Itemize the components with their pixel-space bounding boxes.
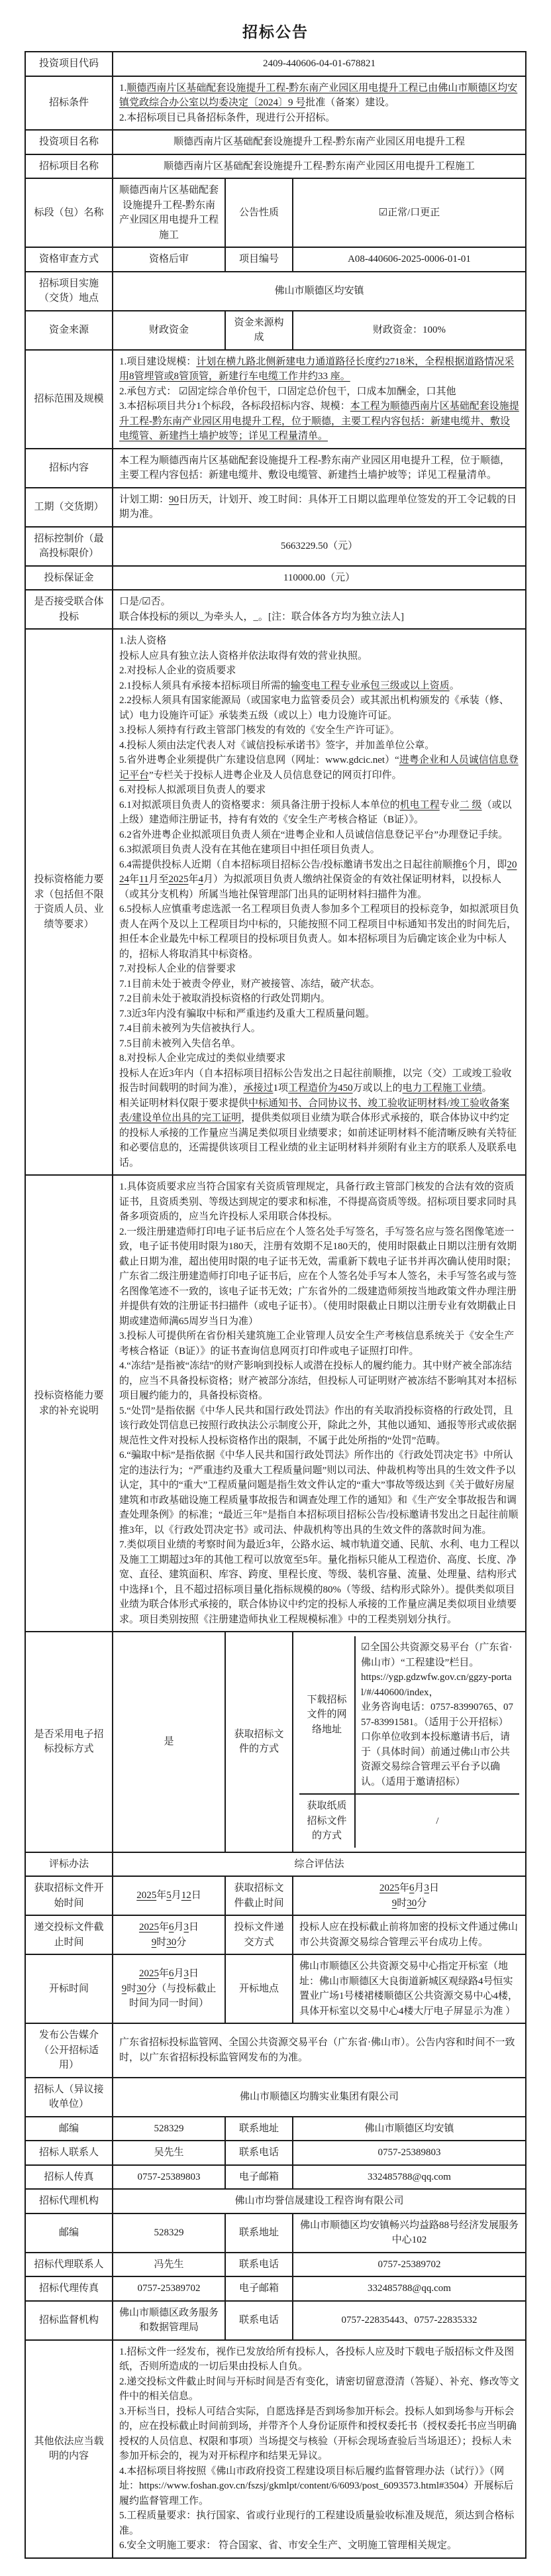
project-number-label: 项目编号: [225, 247, 293, 272]
paper-doc-label: 获取纸质招标文件的方式: [299, 1794, 355, 1848]
announcement-table: 投资项目代码 2409-440606-04-01-678821 招标条件 1.顺…: [25, 51, 526, 2559]
tenderer-fax-value: 0757-25389803: [113, 2165, 225, 2190]
doc-obtain-method-cell: 下载招标文件的网络地址 ☑全国公共资源交易平台（广东省·佛山市）“工程建设”栏目…: [293, 1632, 526, 1852]
paragraph: 6.1对拟派项目负责人的资格要求：须具备注册于投标人本单位的机电工程专业二 级（…: [119, 798, 519, 828]
paragraph: 口是/☑否。: [119, 594, 519, 610]
paragraph: 2.一级注册建造师打印电子证书后应在个人签名处手写签名，手写签名应与签名图像笔迹…: [119, 1225, 519, 1329]
bid-conditions-value: 1.顺德西南片区基础配套设施提升工程-黔东南产业园区用电提升工程已由佛山市顺德区…: [113, 76, 526, 131]
row-tenderer: 招标人（异议接收单位） 佛山市顺德区均腾实业集团有限公司: [25, 2078, 526, 2117]
row-bid-conditions: 招标条件 1.顺德西南片区基础配套设施提升工程-黔东南产业园区用电提升工程已由佛…: [25, 76, 526, 131]
row-qualification-review: 资格审查方式 资格后审 项目编号 A08-440606-2025-0006-01…: [25, 247, 526, 272]
paragraph: 4.“冻结”是指被“冻结”的财产影响到投标人或潜在投标人的履约能力。其中财产被全…: [119, 1359, 519, 1404]
row-bid-bond: 投标保证金 110000.00（元）: [25, 566, 526, 590]
qualification-supplement-label: 投标资格能力要求的补充说明: [25, 1175, 113, 1632]
paragraph: ☑全国公共资源交易平台（广东省·佛山市）“工程建设”栏目。: [361, 1640, 514, 1670]
paragraph: 8.对投标人企业完成过的类似业绩要求: [119, 1051, 519, 1066]
tenderer-label: 招标人（异议接收单位）: [25, 2078, 113, 2117]
submission-deadline-value: 2025年6月3日9时30分: [113, 1915, 225, 1954]
row-scope: 招标范围及规模 1.项目建设规模：计划在横九路北侧新建电力通道路径长度约2718…: [25, 350, 526, 449]
evaluation-value: 综合评估法: [113, 1852, 526, 1877]
opening-time-value: 2025年6月3日9时30分（与投标截止时间为同一时间）: [113, 1954, 225, 2023]
paragraph: 2025年5月12日: [119, 1888, 219, 1903]
opening-place-value: 佛山市顺德区公共资源交易中心指定开标室（地址：佛山市顺德区大良街道新城区观绿路4…: [293, 1954, 526, 2023]
notice-nature-label: 公告性质: [225, 178, 293, 247]
row-opening: 开标时间 2025年6月3日9时30分（与投标截止时间为同一时间） 开标地点 佛…: [25, 1954, 526, 2023]
paragraph: 9时30分: [299, 1896, 519, 1911]
tenderer-address-label: 联系地址: [225, 2117, 293, 2141]
row-investment-code: 投资项目代码 2409-440606-04-01-678821: [25, 52, 526, 76]
qualification-review-value: 资格后审: [113, 247, 225, 272]
row-submission: 递交投标文件截止时间 2025年6月3日9时30分 投标文件递交方式 投标人应在…: [25, 1915, 526, 1954]
row-tenderer-contact: 招标人联系人 吴先生 联系电话 0757-25389803: [25, 2141, 526, 2165]
section-name-label: 标段（包）名称: [25, 178, 113, 247]
paragraph: 2.2投标人须具有国家能源局（或国家电力监管委员会）或其派出机构颁发的《承装（修…: [119, 693, 519, 723]
paragraph: 7.类似项目业绩的考察时间为最近3年，公路水运、城市轨道交通、民航、水利、电力工…: [119, 1538, 519, 1627]
qualification-req-label: 投标资格能力要求（包括但不限于资质人员、业绩等要求）: [25, 629, 113, 1175]
duration-value: 计划工期：90日历天，计划开、竣工时间：具体开工日期以监理单位签发的开工令记载的…: [113, 488, 526, 527]
submission-deadline-label: 递交投标文件截止时间: [25, 1915, 113, 1954]
paragraph: 2.本招标项目已具备招标条件，现进行公开招标。: [119, 111, 519, 126]
tender-name-label: 招标项目名称: [25, 154, 113, 179]
paragraph: 4.本招标项目将按照《佛山市政府投资工程建设项目标后履约监督管理办法（试行）》（…: [119, 2464, 519, 2509]
scope-label: 招标范围及规模: [25, 350, 113, 449]
bid-conditions-label: 招标条件: [25, 76, 113, 131]
agency-label: 招标代理机构: [25, 2189, 113, 2213]
paragraph: 2025年6月3日: [299, 1881, 519, 1896]
tenderer-contact-value: 吴先生: [113, 2141, 225, 2165]
paragraph: 2.1投标人须具有承接本招标项目所需的输变电工程专业承包三级或以上资质。: [119, 679, 519, 694]
paragraph: 9时30分: [119, 1935, 219, 1950]
tenderer-contact-label: 招标人联系人: [25, 2141, 113, 2165]
agency-phone-value: 0757-25389702: [293, 2253, 526, 2277]
qualification-supplement-value: 1.具体资质要求应当符合国家有关资质管理规定，具备行政主管部门核发的合法有效的资…: [113, 1175, 526, 1632]
page-title: 招标公告: [0, 15, 551, 51]
paragraph: 2025年6月3日: [119, 1920, 219, 1935]
paragraph: 5.“处罚”是指依据《中华人民共和国行政处罚法》作出的有关取消投标资格的行政处罚…: [119, 1404, 519, 1449]
agency-email-value: 332485788@qq.com: [293, 2276, 526, 2301]
control-price-label: 招标控制价（最高投标限价）: [25, 527, 113, 566]
row-postcode-tenderer: 邮编 528329 联系地址 佛山市顺德区均安镇: [25, 2117, 526, 2141]
paragraph: 本工程为顺德西南片区基础配套设施提升工程-黔东南产业园区用电提升工程，位于顺德，…: [119, 453, 519, 483]
paragraph: 2.承包方式： ☑固定综合单价包干，口固定总价包干，口成本加酬金，口其他: [119, 384, 519, 400]
row-tender-name: 招标项目名称 顺德西南片区基础配套设施提升工程-黔东南产业园区用电提升工程施工: [25, 154, 526, 179]
doc-obtain-method-label: 获取招标文件的方式: [225, 1632, 293, 1852]
agency-fax-value: 0757-25389702: [113, 2276, 225, 2301]
agency-address-value: 佛山市顺德区均安镇畅兴均益路88号经济发展服务中心102: [293, 2213, 526, 2253]
row-agency-fax: 招标代理传真 0757-25389702 电子邮箱 332485788@qq.c…: [25, 2276, 526, 2301]
opening-time-label: 开标时间: [25, 1954, 113, 2023]
opening-place-label: 开标地点: [225, 1954, 293, 2023]
paragraph: 1.具体资质要求应当符合国家有关资质管理规定，具备行政主管部门核发的合法有效的资…: [119, 1180, 519, 1225]
funds-value: 财政资金: [113, 311, 225, 350]
paragraph: 7.1目前未处于被责令停业，财产被接管、冻结，破产状态。: [119, 977, 519, 992]
project-number-value: A08-440606-2025-0006-01-01: [293, 247, 526, 272]
tenderer-email-label: 电子邮箱: [225, 2165, 293, 2190]
row-download-address: 下载招标文件的网络地址 ☑全国公共资源交易平台（广东省·佛山市）“工程建设”栏目…: [299, 1636, 519, 1794]
paragraph: 9时30分（与投标截止时间为同一时间）: [119, 1982, 219, 2011]
paragraph: https://ygp.gdzwfw.gov.cn/ggzy-portal/#/…: [361, 1670, 514, 1700]
consortium-label: 是否接受联合体投标: [25, 590, 113, 629]
paragraph: 相关证明材料仅限于要求提供中标通知书、合同协议书、竣工验收证明材料/竣工验收备案…: [119, 1096, 519, 1171]
paragraph: 1.招标文件一经发布，视作已发放给所有投标人，各投标人应及时下载电子版招标文件及…: [119, 2345, 519, 2375]
agency-phone-label: 联系电话: [225, 2253, 293, 2277]
doc-obtain-end-label: 获取招标文件截止时间: [225, 1876, 293, 1915]
paragraph: 投标人应具有独立法人资格并依法取得有效的营业执照。: [119, 649, 519, 664]
supervisor-phone-value: 0757-22835443、0757-22835332: [293, 2301, 526, 2340]
paragraph: 5.工程质量要求：执行国家、省或行业现行的工程建设质量验收标准及规范，须达到合格…: [119, 2508, 519, 2538]
row-evaluation: 评标办法 综合评估法: [25, 1852, 526, 1877]
paragraph: 3.投标人须持有行政主管部门核发的有效的《安全生产许可证》。: [119, 723, 519, 738]
row-section-name: 标段（包）名称 顺德西南片区基础配套设施提升工程-黔东南产业园区用电提升工程施工…: [25, 178, 526, 247]
row-electronic-bidding: 是否采用电子招标投标方式 是 获取招标文件的方式 下载招标文件的网络地址 ☑全国…: [25, 1632, 526, 1852]
row-location: 招标项目实施（交货）地点 佛山市顺德区均安镇: [25, 272, 526, 311]
funds-composition-value: 财政资金：100%: [293, 311, 526, 350]
submission-method-value: 投标人应在投标截止前将加密的投标文件通过佛山市公共资源交易综合管理云平台成功上传…: [293, 1915, 526, 1954]
investment-name-value: 顺德西南片区基础配套设施提升工程-黔东南产业园区用电提升工程: [113, 130, 526, 154]
paragraph: 2025年6月3日: [119, 1966, 219, 1982]
paragraph: 7.4目前未被列为失信被执行人。: [119, 1021, 519, 1036]
row-postcode-agency: 邮编 528329 联系地址 佛山市顺德区均安镇畅兴均益路88号经济发展服务中心…: [25, 2213, 526, 2253]
paragraph: 计划工期：90日历天，计划开、竣工时间：具体开工日期以监理单位签发的开工令记载的…: [119, 492, 519, 522]
row-tenderer-fax: 招标人传真 0757-25389803 电子邮箱 332485788@qq.co…: [25, 2165, 526, 2190]
paragraph: 2.对投标人企业的资质要求: [119, 663, 519, 679]
tenderer-value: 佛山市顺德区均腾实业集团有限公司: [113, 2078, 526, 2117]
paragraph: 6.3拟派项目负责人没有在其他在建项目中担任项目负责人。: [119, 842, 519, 858]
doc-obtain-start-label: 获取招标文件开始时间: [25, 1876, 113, 1915]
agency-value: 佛山市均誉信晟建设工程咨询有限公司: [113, 2189, 526, 2213]
media-value: 广东省招标投标监管网、全国公共资源交易平台（广东省·佛山市）。公告内容和时间不一…: [113, 2023, 526, 2078]
paragraph: 7.5目前未被列入失信名单。: [119, 1036, 519, 1052]
row-duration: 工期（交货期） 计划工期：90日历天，计划开、竣工时间：具体开工日期以监理单位签…: [25, 488, 526, 527]
paragraph: 7.3近3年内没有骗取中标和严重违约及重大工程质量问题。: [119, 1007, 519, 1022]
agency-contact-label: 招标代理联系人: [25, 2253, 113, 2277]
paragraph: 1.项目建设规模：计划在横九路北侧新建电力通道路径长度约2718米，全程根据道路…: [119, 355, 519, 384]
location-label: 招标项目实施（交货）地点: [25, 272, 113, 311]
agency-fax-label: 招标代理传真: [25, 2276, 113, 2301]
location-value: 佛山市顺德区均安镇: [113, 272, 526, 311]
tenderer-phone-label: 联系电话: [225, 2141, 293, 2165]
other-value: 1.招标文件一经发布，视作已发放给所有投标人，各投标人应及时下载电子版招标文件及…: [113, 2340, 526, 2558]
investment-code-value: 2409-440606-04-01-678821: [113, 52, 526, 76]
paragraph: 7.2目前未处于被取消投标资格的行政处罚期内。: [119, 991, 519, 1007]
paragraph: 6.对投标人拟派项目负责人的要求: [119, 783, 519, 798]
paragraph: 联合体投标的须以_为牵头人，_。[注：联合体各方均为独立法人]: [119, 610, 519, 625]
paragraph: 2.递交投标文件截止时间与开标时间是否有变化，请密切留意澄清（答疑）、补充、修改…: [119, 2375, 519, 2404]
paragraph: 6.安全文明施工要求： 符合国家、省、市安全生产、文明施工管理相关规定。: [119, 2538, 519, 2553]
row-paper-doc: 获取纸质招标文件的方式 /: [299, 1794, 519, 1848]
paragraph: 4.投标人须由法定代表人对《诚信投标承诺书》签字，并加盖单位公章。: [119, 738, 519, 754]
bid-bond-label: 投标保证金: [25, 566, 113, 590]
supervisor-value: 佛山市顺德区政务服务和数据管理局: [113, 2301, 225, 2340]
content-value: 本工程为顺德西南片区基础配套设施提升工程-黔东南产业园区用电提升工程，位于顺德，…: [113, 449, 526, 488]
evaluation-label: 评标办法: [25, 1852, 113, 1877]
paragraph: 6.4需提供投标人近期（自本招标项目招标公告/投标邀请书发出之日起往前顺推6个月…: [119, 858, 519, 903]
funds-label: 资金来源: [25, 311, 113, 350]
row-investment-name: 投资项目名称 顺德西南片区基础配套设施提升工程-黔东南产业园区用电提升工程: [25, 130, 526, 154]
agency-email-label: 电子邮箱: [225, 2276, 293, 2301]
download-address-value: ☑全国公共资源交易平台（广东省·佛山市）“工程建设”栏目。https://ygp…: [355, 1636, 519, 1794]
tenderer-postcode-label: 邮编: [25, 2117, 113, 2141]
paragraph: 投标人在近3年内（自本招标项目招标公告发出之日起往前顺推，以完（交）工或竣工验收…: [119, 1066, 519, 1096]
doc-obtain-end-value: 2025年6月3日9时30分: [293, 1876, 526, 1915]
paper-doc-value: /: [355, 1794, 519, 1848]
other-label: 其他依法应当载明的内容: [25, 2340, 113, 2558]
row-doc-obtain-time: 获取招标文件开始时间 2025年5月12日 获取招标文件截止时间 2025年6月…: [25, 1876, 526, 1915]
paragraph: 业务咨询电话：0757-83990765、0757-83991581。（适用于公…: [361, 1700, 514, 1730]
media-label: 发布公告媒介（公开招标适用）: [25, 2023, 113, 2078]
submission-method-label: 投标文件递交方式: [225, 1915, 293, 1954]
row-qualification-req: 投标资格能力要求（包括但不限于资质人员、业绩等要求） 1.法人资格投标人应具有独…: [25, 629, 526, 1175]
download-address-label: 下载招标文件的网络地址: [299, 1636, 355, 1794]
paragraph: 3.开标当日，投标人可结合实际，自愿选择是否到场参加开标会。投标人如到场参与开标…: [119, 2404, 519, 2464]
paragraph: 6.5投标人应慎重考虑选派一名工程项目负责人参加多个工程项目的投标竞争，如拟派项…: [119, 902, 519, 962]
paragraph: 6.2省外进粤企业拟派项目负责人须在“进粤企业和人员诚信信息登记平台”办理登记手…: [119, 828, 519, 843]
row-funds: 资金来源 财政资金 资金来源构成 财政资金：100%: [25, 311, 526, 350]
electronic-bidding-value: 是: [113, 1632, 225, 1852]
paragraph: 1.顺德西南片区基础配套设施提升工程-黔东南产业园区用电提升工程已由佛山市顺德区…: [119, 81, 519, 111]
paragraph: 7.对投标人企业的信誉要求: [119, 962, 519, 977]
paragraph: 5.省外进粤企业须提供广东建设信息网（网址：www.gdcic.net）“进粤企…: [119, 753, 519, 783]
control-price-value: 5663229.50（元）: [113, 527, 526, 566]
agency-postcode-value: 528329: [113, 2213, 225, 2253]
row-content: 招标内容 本工程为顺德西南片区基础配套设施提升工程-黔东南产业园区用电提升工程，…: [25, 449, 526, 488]
investment-name-label: 投资项目名称: [25, 130, 113, 154]
notice-nature-value: ☑正常/口更正: [293, 178, 526, 247]
supervisor-phone-label: 联系电话: [225, 2301, 293, 2340]
row-supervisor: 招标监督机构 佛山市顺德区政务服务和数据管理局 联系电话 0757-228354…: [25, 2301, 526, 2340]
agency-postcode-label: 邮编: [25, 2213, 113, 2253]
tenderer-address-value: 佛山市顺德区均安镇: [293, 2117, 526, 2141]
row-agency: 招标代理机构 佛山市均誉信晟建设工程咨询有限公司: [25, 2189, 526, 2213]
content-label: 招标内容: [25, 449, 113, 488]
doc-obtain-method-subtable: 下载招标文件的网络地址 ☑全国公共资源交易平台（广东省·佛山市）“工程建设”栏目…: [299, 1636, 519, 1848]
row-consortium: 是否接受联合体投标 口是/☑否。联合体投标的须以_为牵头人，_。[注：联合体各方…: [25, 590, 526, 629]
tenderer-phone-value: 0757-25389803: [293, 2141, 526, 2165]
electronic-bidding-label: 是否采用电子招标投标方式: [25, 1632, 113, 1852]
paragraph: 口你单位收到本投标邀请书后，请于（具体时间）前通过佛山市公共资源交易综合管理云平…: [361, 1730, 514, 1789]
paragraph: 1.法人资格: [119, 634, 519, 649]
tenderer-fax-label: 招标人传真: [25, 2165, 113, 2190]
doc-obtain-start-value: 2025年5月12日: [113, 1876, 225, 1915]
supervisor-label: 招标监督机构: [25, 2301, 113, 2340]
tenderer-email-value: 332485788@qq.com: [293, 2165, 526, 2190]
row-agency-contact: 招标代理联系人 冯先生 联系电话 0757-25389702: [25, 2253, 526, 2277]
paragraph: 3.投标人可提供所在省份相关建筑施工企业管理人员安全生产考核信息系统关于《安全生…: [119, 1329, 519, 1359]
tender-announcement-page: 招标公告 投资项目代码 2409-440606-04-01-678821 招标条…: [0, 0, 551, 2576]
paragraph: 3.本招标项目共分1个标段，各标段招标内容、规模：本工程为顺德西南片区基础配套设…: [119, 399, 519, 444]
qualification-review-label: 资格审查方式: [25, 247, 113, 272]
duration-label: 工期（交货期）: [25, 488, 113, 527]
qualification-req-value: 1.法人资格投标人应具有独立法人资格并依法取得有效的营业执照。2.对投标人企业的…: [113, 629, 526, 1175]
row-media: 发布公告媒介（公开招标适用） 广东省招标投标监管网、全国公共资源交易平台（广东省…: [25, 2023, 526, 2078]
row-control-price: 招标控制价（最高投标限价） 5663229.50（元）: [25, 527, 526, 566]
row-other: 其他依法应当载明的内容 1.招标文件一经发布，视作已发放给所有投标人，各投标人应…: [25, 2340, 526, 2558]
funds-composition-label: 资金来源构成: [225, 311, 293, 350]
section-name-value: 顺德西南片区基础配套设施提升工程-黔东南产业园区用电提升工程施工: [113, 178, 225, 247]
agency-contact-value: 冯先生: [113, 2253, 225, 2277]
paragraph: 6.“骗取中标”是指依据《中华人民共和国行政处罚法》所作出的《行政处罚决定书》中…: [119, 1448, 519, 1538]
bid-bond-value: 110000.00（元）: [113, 566, 526, 590]
scope-value: 1.项目建设规模：计划在横九路北侧新建电力通道路径长度约2718米，全程根据道路…: [113, 350, 526, 449]
consortium-value: 口是/☑否。联合体投标的须以_为牵头人，_。[注：联合体各方均为独立法人]: [113, 590, 526, 629]
row-qualification-supplement: 投标资格能力要求的补充说明 1.具体资质要求应当符合国家有关资质管理规定，具备行…: [25, 1175, 526, 1632]
investment-code-label: 投资项目代码: [25, 52, 113, 76]
tenderer-postcode-value: 528329: [113, 2117, 225, 2141]
tender-name-value: 顺德西南片区基础配套设施提升工程-黔东南产业园区用电提升工程施工: [113, 154, 526, 179]
agency-address-label: 联系地址: [225, 2213, 293, 2253]
